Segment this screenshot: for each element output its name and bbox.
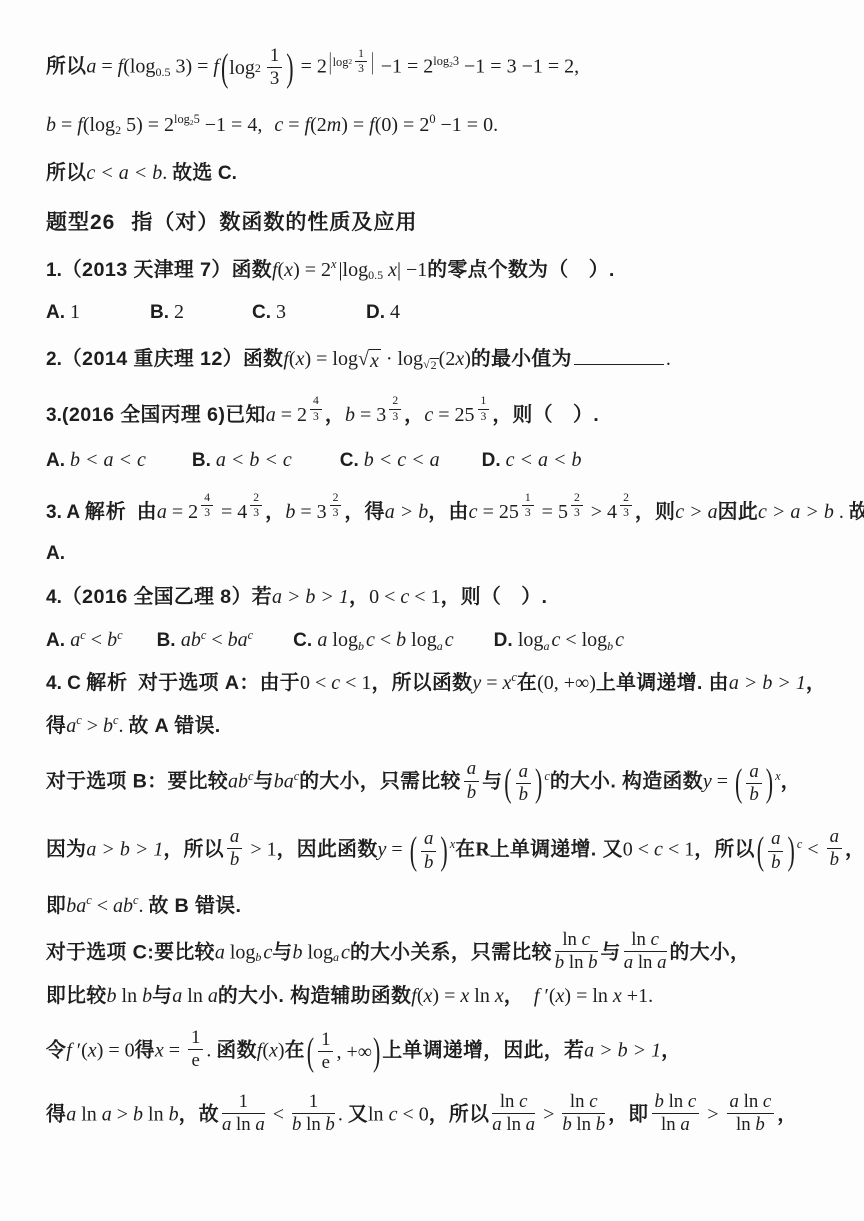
text-run: 的大小， — [670, 941, 751, 963]
text-run: ln — [469, 985, 495, 1007]
superscript: 23 — [386, 395, 404, 423]
text-run: a — [66, 715, 76, 737]
text-run: = — [712, 771, 733, 793]
fraction-numerator: ln c — [555, 930, 598, 952]
fraction-denominator: a ln a — [492, 1114, 535, 1135]
option-b-analysis-line-2: 因为a > b > 1，所以ab > 1，因此函数y = (ab)x在R上单调递… — [46, 827, 830, 873]
spacer — [123, 645, 157, 646]
text-run: 的最小值为 — [471, 348, 572, 370]
text-run: ) — [278, 1039, 285, 1061]
superscript: 23 — [247, 492, 265, 520]
fence-open-glyph: ( — [409, 831, 418, 871]
text-run: 1 — [481, 394, 487, 407]
radical: √2 — [423, 358, 439, 373]
text-run: a — [830, 826, 839, 847]
fence-close-glyph: ) — [534, 764, 543, 804]
text-run: b — [830, 849, 839, 870]
fraction-denominator: 3 — [267, 68, 282, 89]
fraction-numerator: a — [746, 762, 761, 784]
subscript: 2 — [348, 58, 352, 65]
text-run: = — [481, 672, 502, 694]
text-run: . — [834, 501, 849, 523]
text-run: 又 — [348, 1103, 368, 1125]
question-1: 1.（2013 天津理 7）函数f(x) = 2x|log0.5 x| −1的零… — [46, 257, 830, 284]
text-run: 3 — [358, 62, 364, 75]
fraction-numerator: a — [421, 829, 436, 851]
spacer — [261, 67, 264, 68]
fraction: 1b ln b — [292, 1092, 335, 1136]
text-run: log — [406, 629, 437, 651]
text-run: ′( — [72, 1039, 88, 1061]
text-run: ) = — [341, 114, 369, 136]
text-run: ln — [500, 1091, 519, 1112]
text-run: 0.5 — [155, 65, 170, 79]
text-run: 1 — [239, 1091, 248, 1112]
text-run: b — [133, 1103, 143, 1125]
text-run: c — [400, 586, 409, 608]
superscript: c — [248, 629, 254, 641]
fraction-denominator: e — [318, 1052, 333, 1073]
fence-content: ab — [513, 762, 534, 806]
fence-content: log213 — [333, 48, 370, 76]
text-run: ln — [502, 1114, 526, 1135]
fraction-numerator: a — [464, 759, 479, 781]
fraction-numerator: 1 — [222, 1092, 265, 1114]
text-run: ，所以 — [163, 839, 224, 861]
text-run: 对于选项 B：要比较 — [46, 771, 228, 793]
text-run: < — [802, 839, 823, 861]
text-run: . — [118, 715, 128, 737]
text-run: log — [327, 629, 358, 651]
text-run: b — [107, 985, 117, 1007]
fraction: ab — [227, 827, 242, 871]
text-run: 解析 — [86, 672, 128, 694]
text-run: b — [519, 784, 528, 805]
option-c-analysis-line-4: 得a ln a > b ln b，故1a ln a < 1b ln b. 又ln… — [46, 1092, 830, 1136]
text-run: 3 — [313, 410, 319, 423]
text-run: ) — [464, 348, 471, 370]
text-run: > — [702, 1103, 723, 1125]
fraction: 43 — [201, 492, 213, 520]
superscript: log25 — [174, 113, 200, 127]
text-run: （2016 全国乙理 8）若 — [62, 586, 272, 608]
text-run: c — [654, 839, 663, 861]
superscript: x — [331, 258, 337, 270]
spacer — [128, 688, 138, 689]
text-run: 3. — [46, 405, 62, 426]
radical-sign-icon: √ — [423, 358, 430, 370]
text-run: ln — [564, 952, 588, 973]
text-run: −1 = 4, — [200, 114, 263, 136]
fraction: 23 — [571, 492, 583, 520]
text-run: B. — [192, 450, 211, 471]
text-run: 4. C — [46, 673, 86, 694]
text-run: ， — [349, 586, 369, 608]
text-run: c — [331, 672, 340, 694]
text-run: c < a < b — [501, 449, 582, 471]
text-run: ln — [736, 1114, 755, 1135]
fence-open-glyph: ( — [306, 1032, 315, 1072]
fraction-denominator: 3 — [310, 410, 322, 424]
text-run: C. — [252, 302, 271, 323]
text-run: c — [248, 628, 254, 642]
text-run: c — [551, 629, 560, 651]
text-run: log — [333, 56, 349, 68]
text-run: ， — [661, 1039, 681, 1061]
text-run: 1 — [191, 1027, 200, 1048]
text-run: ln — [231, 1114, 255, 1135]
text-run: ， — [325, 404, 345, 426]
question-4: 4.（2016 全国乙理 8）若a > b > 1，0 < c < 1，则（ ）… — [46, 584, 830, 611]
fence-close-glyph: ) — [765, 764, 774, 804]
text-run: b — [562, 1114, 571, 1135]
text-run: log — [225, 941, 256, 963]
option-c-analysis-line-3: 令f ′(x) = 0得x = 1e. 函数f(x)在(1e, +∞)上单调递增… — [46, 1028, 830, 1074]
text-run: 2 — [253, 491, 259, 504]
text-run: A. — [46, 543, 65, 564]
text-run: 1 — [309, 1091, 318, 1112]
fence-group: |log213| — [328, 48, 375, 76]
fraction: ab — [768, 829, 783, 873]
text-run: < log — [560, 629, 607, 651]
option-c-analysis-line-2: 即比较b ln b与a ln a的大小. 构造辅助函数f(x) = x ln x… — [46, 983, 830, 1010]
text-run: 2 — [574, 491, 580, 504]
fraction-numerator: 2 — [330, 492, 342, 507]
text-run: c — [366, 629, 375, 651]
text-run: x — [88, 1039, 97, 1061]
question-2: 2.（2014 重庆理 12）函数f(x) = log√x · log√2(2x… — [46, 344, 830, 373]
text-run: 3 — [204, 506, 210, 519]
text-run: a > b > 1 — [584, 1039, 661, 1061]
fence-open-glyph: ( — [220, 48, 229, 88]
text-run: > 4 — [586, 501, 617, 523]
text-run: (2 — [310, 114, 327, 136]
text-run: ln — [631, 929, 650, 950]
text-run: 4. — [46, 587, 62, 608]
fraction-numerator: 4 — [310, 395, 322, 410]
radical: √x — [358, 349, 381, 373]
text-run: ，故 — [179, 1103, 219, 1125]
text-run: = 2 — [276, 404, 307, 426]
text-run: x — [370, 350, 379, 372]
radical-sign-icon: √ — [358, 349, 369, 369]
text-run: (log — [83, 114, 115, 136]
fraction: ab — [464, 759, 479, 803]
text-run: b — [230, 849, 239, 870]
text-run: = 2 — [167, 501, 198, 523]
text-run: b — [103, 715, 113, 737]
text-run: 4 — [313, 394, 319, 407]
text-run: 1 — [525, 491, 531, 504]
fraction-numerator: a — [227, 827, 242, 849]
text-run: ， — [845, 839, 864, 861]
fraction: ln ca ln a — [624, 930, 667, 974]
fraction-denominator: 3 — [389, 410, 401, 424]
fraction-numerator: ln c — [624, 930, 667, 952]
text-run: a — [624, 952, 633, 973]
text-run: 上单调递增. 又 — [490, 839, 623, 861]
answer-blank — [574, 344, 664, 365]
text-run: = 3 — [295, 501, 326, 523]
superscript: 13 — [475, 395, 493, 423]
options-q4: A. ac < bcB. abc < bacC. a logbc < b log… — [46, 627, 830, 654]
text-run: b — [325, 1114, 334, 1135]
fraction-denominator: 3 — [250, 506, 262, 520]
text-run: b — [107, 629, 117, 651]
text-run: ln — [301, 1114, 325, 1135]
text-run: < — [86, 629, 107, 651]
text-run: a > b > 1 — [729, 672, 806, 694]
fraction-denominator: b — [421, 852, 436, 873]
text-run: > — [112, 1103, 133, 1125]
text-run: log — [433, 54, 449, 68]
fraction: 13 — [522, 492, 534, 520]
topic-heading: 题型26指（对）数函数的性质及应用 — [46, 209, 830, 236]
text-run: ，所以函数 — [371, 672, 472, 694]
answer-4-line-2: 得ac > bc. 故 A 错误. — [46, 713, 830, 740]
document-page: 所以a = f(log0.5 3) = f(log213) = 2|log213… — [0, 0, 864, 1135]
fraction-denominator: ln b — [727, 1114, 775, 1135]
fraction: 1e — [188, 1028, 203, 1072]
text-run: 5) = 2 — [121, 114, 174, 136]
answer-3: 3. A 解析由a = 243 = 423，b = 323，得a > b，由c … — [46, 492, 830, 526]
text-run: A. — [46, 450, 65, 471]
spacer — [524, 1001, 534, 1002]
text-run: ab — [228, 771, 248, 793]
text-run: b — [345, 404, 355, 426]
answer-3-continuation: A. — [46, 540, 830, 567]
text-run: c < a < b — [86, 162, 162, 184]
fence-open-glyph: | — [328, 50, 333, 75]
text-run: 与 — [482, 771, 502, 793]
text-run: c — [651, 929, 659, 950]
text-run: 的大小，只需比较 — [299, 771, 460, 793]
text-run: a > b — [385, 501, 429, 523]
text-run: x — [455, 348, 464, 370]
fraction-denominator: e — [188, 1050, 203, 1071]
text-run: 3 — [623, 506, 629, 519]
fence-content: 1e, +∞ — [315, 1030, 372, 1074]
fraction-numerator: 2 — [571, 492, 583, 507]
text-run: 与 — [601, 941, 621, 963]
text-run: > — [82, 715, 103, 737]
text-run: 2 — [333, 491, 339, 504]
text-run: > — [538, 1103, 559, 1125]
text-run: 与 — [272, 941, 292, 963]
text-run: ab — [181, 629, 201, 651]
text-run: B. — [157, 630, 181, 651]
text-run: 0.5 — [368, 268, 383, 282]
fraction: ln ca ln a — [492, 1092, 535, 1136]
superscript: c — [117, 629, 123, 641]
fraction: 23 — [389, 395, 401, 423]
subscript: √2 — [423, 358, 439, 373]
text-run: 故 A 错误. — [128, 715, 220, 737]
text-run: −1 = 0. — [436, 114, 499, 136]
text-run: c — [341, 941, 350, 963]
text-run: ( — [262, 1039, 269, 1061]
text-run: = 4 — [216, 501, 247, 523]
fraction-numerator: 1 — [478, 395, 490, 410]
fraction-numerator: a — [768, 829, 783, 851]
text-run: , +∞ — [336, 1039, 372, 1065]
text-run: c — [519, 1091, 527, 1112]
fraction-numerator: 1 — [292, 1092, 335, 1114]
text-run: a — [222, 1114, 231, 1135]
fraction-numerator: ln c — [492, 1092, 535, 1114]
superscript: |log213| — [327, 48, 376, 76]
text-run: a — [317, 629, 327, 651]
spacer — [115, 228, 131, 229]
text-run: b — [749, 784, 758, 805]
text-run: b — [424, 852, 433, 873]
text-run: 4 — [204, 491, 210, 504]
text-run: (2016 全国丙理 6)已知 — [62, 404, 266, 426]
text-run: 1. — [46, 260, 62, 281]
text-run: log — [174, 112, 190, 126]
text-run: ( — [289, 348, 296, 370]
fraction-denominator: b ln b — [555, 952, 598, 973]
text-run: log — [229, 55, 255, 81]
fraction: 23 — [330, 492, 342, 520]
spacer — [292, 465, 340, 466]
fraction: 13 — [478, 395, 490, 423]
text-run: 解析 — [85, 501, 127, 523]
text-run: 3 — [481, 410, 487, 423]
fence-content: ab — [743, 762, 764, 806]
text-run: 3 — [574, 506, 580, 519]
text-run: b — [596, 1114, 605, 1135]
text-run: a — [255, 1114, 264, 1135]
text-run: y — [703, 771, 712, 793]
text-run: D. — [366, 302, 385, 323]
fraction-numerator: 4 — [201, 492, 213, 507]
text-run: 故 B 错误. — [148, 895, 241, 917]
superscript: log23 — [433, 55, 459, 69]
fraction-denominator: 3 — [522, 506, 534, 520]
fraction-numerator: a — [827, 827, 842, 849]
fraction: 13 — [355, 48, 367, 76]
text-run: D. — [482, 450, 501, 471]
fraction-denominator: 3 — [330, 506, 342, 520]
text-run: a — [680, 1114, 689, 1135]
text-run: ) = 0 — [97, 1039, 135, 1061]
text-run: 指（对）数函数的性质及应用 — [131, 211, 417, 234]
spacer — [262, 130, 274, 131]
text-run: c > a > b — [758, 501, 834, 523]
text-run: < — [268, 1103, 289, 1125]
text-run: 3 — [253, 506, 259, 519]
text-run: b — [655, 1091, 664, 1112]
text-run: c — [763, 1091, 771, 1112]
text-run: log — [302, 941, 333, 963]
superscript: 43 — [307, 395, 325, 423]
text-run: 即 — [46, 895, 66, 917]
fraction-denominator: b — [227, 849, 242, 870]
text-run: b — [292, 1114, 301, 1135]
text-run: 2 — [169, 301, 184, 323]
text-run: . — [162, 162, 172, 184]
options-q1: A. 1B. 2C. 3D. 4 — [46, 299, 830, 326]
question-3: 3.(2016 全国丙理 6)已知a = 243，b = 323，c = 251… — [46, 395, 830, 429]
text-run: 2 — [623, 491, 629, 504]
text-run: = 3 — [355, 404, 386, 426]
radical-body: 2 — [430, 358, 439, 373]
text-run: > 1 — [245, 839, 276, 861]
text-run: ， — [806, 672, 826, 694]
text-run: ln — [739, 1091, 763, 1112]
text-run: c — [582, 929, 590, 950]
text-run: 2 — [348, 57, 352, 66]
text-run: 3 — [525, 506, 531, 519]
fence-content: log213 — [229, 46, 285, 90]
text-run: 1 — [65, 301, 80, 323]
fraction: ab — [516, 762, 531, 806]
text-run: R — [475, 839, 489, 861]
text-run: · log — [381, 348, 423, 370]
fraction-denominator: 3 — [201, 506, 213, 520]
text-run: ab — [113, 895, 133, 917]
text-run: c — [424, 404, 433, 426]
fraction: ln cb ln b — [555, 930, 598, 974]
text-run: m — [327, 114, 341, 136]
text-run: 在 — [517, 672, 537, 694]
text-run: x — [155, 1039, 164, 1061]
text-run: ba — [228, 629, 248, 651]
options-q3: A. b < a < cB. a < b < cC. b < c < aD. c… — [46, 447, 830, 474]
text-run: ( — [417, 985, 424, 1007]
fraction: 13 — [267, 46, 282, 90]
fence-close-glyph: ) — [372, 1032, 381, 1072]
fraction-numerator: 1 — [318, 1030, 333, 1052]
fraction: 1a ln a — [222, 1092, 265, 1136]
text-run: A. — [46, 630, 70, 651]
text-run: 得 — [46, 715, 66, 737]
text-run: 在 — [285, 1039, 305, 1061]
text-run: ba — [274, 771, 294, 793]
text-run: . — [138, 895, 148, 917]
text-run: a — [749, 761, 758, 782]
text-run: 3 — [333, 506, 339, 519]
fraction-denominator: b — [464, 782, 479, 803]
subscript: 0.5 — [368, 269, 383, 281]
text-run: (log — [123, 55, 155, 77]
text-run: ln — [633, 952, 657, 973]
text-run: b — [588, 952, 597, 973]
fraction: ab — [421, 829, 436, 873]
option-b-analysis-line-1: 对于选项 B：要比较abc与bac的大小，只需比较ab与(ab)c的大小. 构造… — [46, 759, 830, 805]
text-run: 0 < — [300, 672, 331, 694]
text-run: b — [755, 1114, 764, 1135]
text-run: ，所以 — [694, 839, 755, 861]
fence-group: (1e, +∞) — [306, 1030, 382, 1074]
spacer — [286, 317, 366, 318]
text-run: x — [613, 985, 622, 1007]
text-run: ) = — [432, 985, 460, 1007]
text-run: c — [445, 629, 454, 651]
fraction-numerator: b ln c — [652, 1092, 700, 1114]
fraction-denominator: 3 — [571, 506, 583, 520]
text-run: ) = ln — [564, 985, 613, 1007]
fraction: ab — [827, 827, 842, 871]
fraction-denominator: b ln b — [562, 1114, 605, 1135]
superscript: 13 — [519, 492, 537, 520]
fraction-numerator: 1 — [267, 46, 282, 68]
text-run: 所以 — [46, 55, 86, 77]
text-run: < — [375, 629, 396, 651]
fraction: a ln cln b — [727, 1092, 775, 1136]
text-run: = — [164, 1039, 185, 1061]
